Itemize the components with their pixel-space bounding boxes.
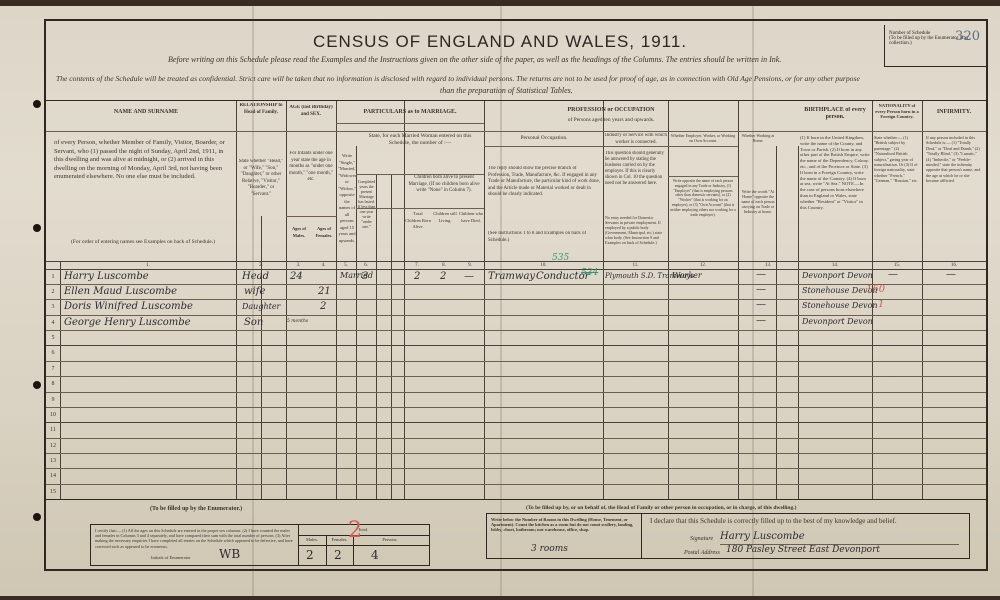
rooms-instruction: Write below the Number of Rooms in this … (491, 517, 637, 533)
signature: Harry Luscombe (720, 531, 805, 542)
entry-name: Ellen Maud Luscombe (64, 286, 177, 297)
col-personal-desc: The reply should show the precise branch… (488, 166, 600, 199)
occupier-caption: (To be filled up by, or on behalf of, th… (526, 505, 796, 511)
red-total-mark: 2 (348, 518, 362, 543)
col-infirmity-title: INFIRMITY. (924, 109, 984, 116)
entry-relationship: Daughter (242, 302, 280, 311)
males-label: Males. (298, 537, 326, 544)
entry-home: — (756, 269, 766, 280)
entry-total-born: 2 (414, 271, 420, 282)
col-num: 13. (738, 263, 798, 268)
total-females: 2 (334, 548, 342, 562)
address-label: Postal Address (684, 550, 720, 557)
row-number: 4 (48, 320, 58, 326)
enumerator-box: I certify that:— (1) All the ages on thi… (90, 524, 430, 566)
col-num: 3. (286, 263, 311, 268)
entry-still-living: 2 (440, 271, 446, 282)
instruction-line: Before writing on this Schedule please r… (168, 55, 781, 64)
household-table: NAME AND SURNAME of every Person, whethe… (46, 100, 986, 500)
initials-label: Initials of Enumerator (151, 555, 191, 562)
signature-label: Signature (690, 536, 713, 543)
col-industry-note: No entry needed for Domestic Servants in… (605, 215, 667, 245)
row-number: 3 (48, 304, 58, 310)
row-number: 14 (48, 473, 58, 479)
entry-birthplace: Devonport Devon (802, 271, 873, 280)
col-marriage-condition: Write "Single," "Married," "Widower," or… (338, 153, 356, 244)
col-num: 7. (404, 263, 430, 268)
col-name-note: (For order of entering names see Example… (54, 239, 232, 246)
col-occupation-title: PROFESSION or OCCUPATION (486, 107, 736, 114)
entry-died: — (464, 271, 474, 282)
row-number: 1 (48, 274, 58, 280)
rooms-count: 3 rooms (531, 544, 568, 554)
page-title: CENSUS OF ENGLAND AND WALES, 1911. (0, 32, 1000, 52)
col-personal-occupation: Personal Occupation. (486, 135, 602, 142)
col-nationality-desc: State whether:— (1) "British subject by … (874, 135, 920, 184)
col-infirmity-desc: If any person included in this Schedule … (926, 135, 982, 184)
confidential-line-2: than the preparation of Statistical Tabl… (440, 86, 573, 95)
col-home: Whether Working at Home. (740, 133, 776, 143)
enumerator-initials: WB (219, 547, 240, 561)
row-number: 8 (48, 381, 58, 387)
total-label: Total. (298, 527, 428, 534)
col-marriage-years: Completed years the present Marriage has… (357, 179, 376, 229)
col-num: 15. (872, 263, 922, 268)
punch-hole (33, 100, 41, 108)
punch-hole (33, 381, 41, 389)
declaration-text: I declare that this Schedule is correctl… (650, 518, 897, 525)
col-name-title: NAME AND SURNAME (66, 109, 226, 116)
punch-hole (33, 513, 41, 521)
enumerator-caption: (To be filled up by the Enumerator.) (150, 506, 242, 512)
col-birthplace-desc: (1) If born in the United Kingdom, write… (800, 135, 870, 210)
row-number: 7 (48, 366, 58, 372)
col-employer: Whether Employer, Worker, or Working on … (670, 133, 736, 143)
col-age-males: Ages of Males. (287, 226, 311, 239)
col-num: 12. (668, 263, 738, 268)
entry-home: — (756, 315, 766, 326)
col-num: 4. (311, 263, 336, 268)
entry-name: Doris Winifred Luscombe (64, 301, 193, 312)
col-nationality-title: NATIONALITY of every Person born in a Fo… (874, 103, 920, 120)
col-total-born: Total Children Born Alive. (405, 211, 431, 231)
col-industry-desc: This question should generally be answer… (605, 151, 667, 187)
total-persons: 4 (371, 548, 379, 562)
entry-name: Harry Luscombe (64, 271, 149, 282)
entry-relationship: Son (244, 317, 263, 328)
entry-home: — (756, 299, 766, 310)
col-still-living: Children still Living. (432, 211, 458, 224)
col-marriage-title: PARTICULARS as to MARRIAGE. (338, 109, 482, 116)
entry-employment: Worker (672, 271, 702, 280)
col-age-title: AGE (last Birthday) and SEX. (288, 105, 334, 118)
col-num: 14. (798, 263, 872, 268)
row-number: 13 (48, 458, 58, 464)
entry-birthplace: Devonport Devon (802, 317, 873, 326)
row-number: 12 (48, 443, 58, 449)
birthplace-code: 150 (866, 284, 885, 295)
col-num: 16. (922, 263, 986, 268)
col-marriage-children: Children born alive to present Marriage.… (406, 175, 482, 195)
col-num: 6. (356, 263, 376, 268)
entry-age-female: 21 (318, 286, 331, 297)
col-died: Children who have Died. (458, 211, 484, 224)
total-males: 2 (306, 548, 314, 562)
row-number: 11 (48, 427, 58, 433)
entry-age-male: 5 months (287, 319, 308, 324)
col-num: 1. (60, 263, 236, 268)
col-birthplace-title: BIRTHPLACE of every person. (800, 107, 870, 120)
persons-label: Persons. (353, 537, 427, 544)
col-age-desc: For Infants under one year state the age… (288, 151, 334, 184)
col-num: 11. (603, 263, 668, 268)
row-number: 9 (48, 397, 58, 403)
declaration-box: I declare that this Schedule is correctl… (642, 513, 970, 559)
col-num: 8. (431, 263, 457, 268)
confidential-line: The contents of the Schedule will be tre… (56, 74, 860, 83)
rooms-box: Write below the Number of Rooms in this … (486, 513, 642, 559)
col-relationship-title: RELATIONSHIP to Head of Family. (238, 103, 284, 116)
entry-relationship: Head (242, 271, 269, 282)
row-number: 6 (48, 350, 58, 356)
postal-address: 180 Pasley Street East Devonport (726, 545, 880, 555)
col-industry: Industry or Service with which worker is… (605, 133, 667, 146)
punch-hole (33, 224, 41, 232)
row-number: 15 (48, 489, 58, 495)
col-num: 2. (236, 263, 286, 268)
col-marriage-state: State, for each Married Woman entered on… (358, 133, 482, 146)
entry-occupation: Tramway (488, 271, 535, 282)
col-home-desc: Write the words "At Home" opposite the n… (740, 189, 776, 214)
row-number: 5 (48, 335, 58, 341)
birthplace-mark: 1 (878, 299, 884, 310)
schedule-number-box: Number of Schedule (To be filled up by t… (884, 25, 988, 67)
col-num: 9. (457, 263, 483, 268)
col-relationship-desc: State whether "Head," or "Wife," "Son," … (238, 159, 284, 198)
entry-home: — (756, 284, 766, 295)
col-personal-note: (See Instructions 1 to 8 and Examples on… (488, 231, 600, 244)
entry-age-male: 24 (290, 271, 303, 282)
col-occupation-subtitle: of Persons aged ten years and upwards. (486, 117, 736, 124)
entry-nationality: — (888, 269, 898, 280)
enumerator-certify: I certify that:— (1) All the ages on thi… (95, 528, 295, 549)
schedule-number: 320 (955, 29, 980, 44)
col-name-desc: of every Person, whether Member of Famil… (54, 139, 232, 182)
entry-birthplace: Stonehouse Devon (802, 301, 878, 310)
occupation-code-struck: 534 (581, 268, 598, 278)
entry-infirmity: — (946, 269, 956, 280)
entry-years-married: 3 (362, 271, 368, 282)
entry-age-female: 2 (320, 301, 326, 312)
occupation-code: 535 (552, 253, 569, 263)
col-employer-desc: Write opposite the name of each person e… (670, 179, 736, 217)
col-num: 5. (336, 263, 356, 268)
col-age-females: Ages of Females. (312, 226, 336, 239)
row-number: 2 (48, 289, 58, 295)
row-number: 10 (48, 412, 58, 418)
entry-name: George Henry Luscombe (64, 317, 191, 328)
entry-relationship: wife (244, 286, 265, 297)
